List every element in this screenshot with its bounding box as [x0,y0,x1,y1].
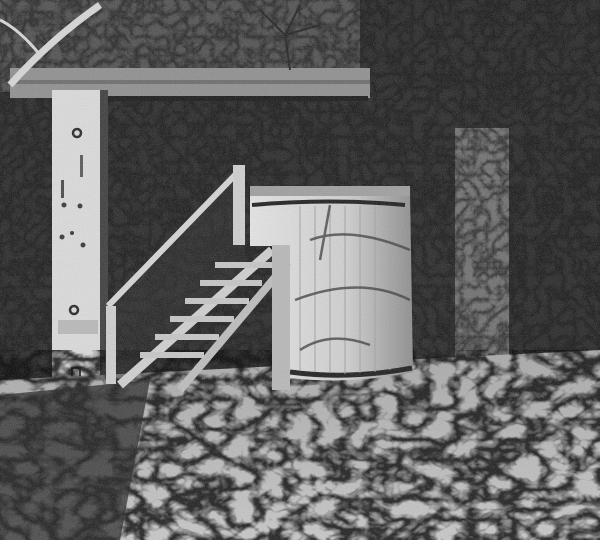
photo-canvas [0,0,600,540]
film-grain [0,0,600,540]
photo-scene [0,0,600,540]
